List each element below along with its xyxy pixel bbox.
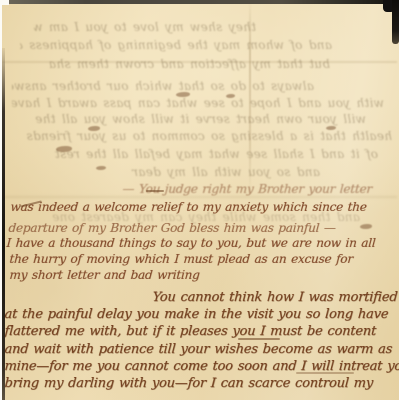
bleedthrough-line: with you and I hope to see what can pass… [12,96,384,110]
letter-line: at the painful delay you make in the vis… [4,307,389,322]
letter-scan: they shew my love to you I am with respe… [0,0,399,400]
underline-stroke [238,338,280,340]
letter-line: was indeed a welcome relief to my anxiet… [10,200,367,214]
letter-line: my short letter and bad writing [9,268,200,282]
letter-line: and wait with patience till your wishes … [4,342,393,357]
letter-line: the hurry of moving which I must plead a… [9,252,353,266]
bleedthrough-line: always to do so that which our brother a… [12,79,314,93]
bleedthrough-line: health that is a blessing so common to u… [12,129,392,143]
underline-stroke [296,372,354,374]
scan-edge-right [392,0,399,44]
letter-line: bring my darling with you—for I can scar… [4,376,373,391]
letter-line: flattered me with, but if it pleases you… [4,324,377,339]
white-margin-left [0,0,2,400]
bleedthrough-line: will your own heart serve it will show y… [18,112,366,126]
bleedthrough-line: of it and I shall see what may befall al… [28,147,378,161]
letter-line: I have a thousand things to say to you, … [6,236,376,250]
scan-edge-left [2,48,5,400]
ink-stroke [146,190,164,192]
bleedthrough-line: and so you with all my dear [116,165,320,179]
letter-line: departure of my Brother God bless him wa… [8,221,336,235]
letter-line: — You judge right my Brother your letter [122,182,372,196]
white-margin-topleft [0,0,9,5]
bleedthrough-line: but that my affection and crown them sha… [48,57,330,71]
bleedthrough-line: and of whom may the beginning of happine… [20,38,332,52]
scan-edge-top [8,0,399,4]
letter-line: You cannot think how I was mortified [152,290,398,305]
bleedthrough-line: they shew my love to you I am with respe… [34,20,256,34]
